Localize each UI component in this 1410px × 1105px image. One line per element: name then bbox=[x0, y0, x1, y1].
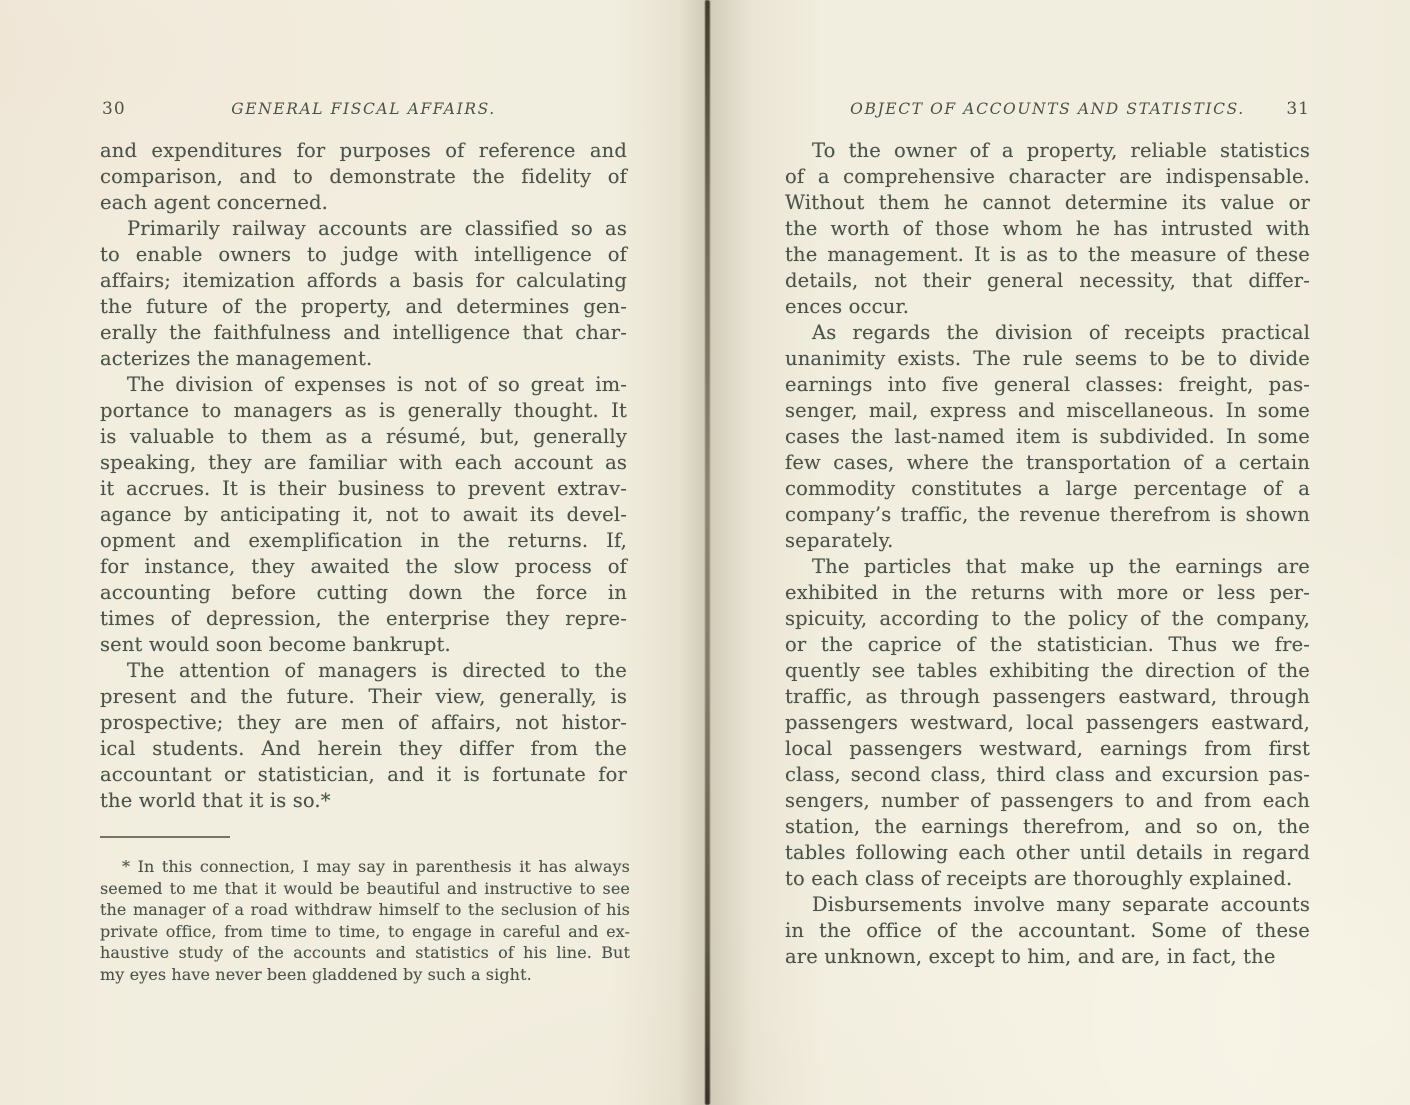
text-line: the future of the property, and determin… bbox=[100, 294, 627, 320]
text-line: accountant or statistician, and it is fo… bbox=[100, 762, 627, 788]
text-line: spicuity, according to the policy of the… bbox=[785, 606, 1310, 632]
text-line: The division of expenses is not of so gr… bbox=[100, 372, 627, 398]
text-line: acterizes the management. bbox=[100, 346, 627, 372]
text-line: sengers, number of passengers to and fro… bbox=[785, 788, 1310, 814]
text-line: To the owner of a property, reliable sta… bbox=[785, 138, 1310, 164]
text-line: Without them he cannot determine its val… bbox=[785, 190, 1310, 216]
left-page-number: 30 bbox=[102, 99, 126, 119]
text-line: The attention of managers is directed to… bbox=[100, 658, 627, 684]
text-line: private office, from time to time, to en… bbox=[100, 921, 630, 943]
text-line: the world that it is so.* bbox=[100, 788, 627, 814]
text-line: are unknown, except to him, and are, in … bbox=[785, 944, 1310, 970]
paragraph: To the owner of a property, reliable sta… bbox=[785, 138, 1310, 320]
text-line: it accrues. It is their business to prev… bbox=[100, 476, 627, 502]
text-line: ical students. And herein they differ fr… bbox=[100, 736, 627, 762]
text-line: and expenditures for purposes of referen… bbox=[100, 138, 627, 164]
text-line: passengers westward, local passengers ea… bbox=[785, 710, 1310, 736]
paragraph: Primarily railway accounts are classifie… bbox=[100, 216, 627, 372]
paragraph: The division of expenses is not of so gr… bbox=[100, 372, 627, 658]
right-page-number: 31 bbox=[1286, 99, 1310, 119]
text-line: of a comprehensive character are indispe… bbox=[785, 164, 1310, 190]
left-page-body: and expenditures for purposes of referen… bbox=[100, 138, 627, 814]
text-line: The particles that make up the earnings … bbox=[785, 554, 1310, 580]
text-line: local passengers westward, earnings from… bbox=[785, 736, 1310, 762]
left-running-head: GENERAL FISCAL AFFAIRS. bbox=[100, 100, 627, 118]
book-scan: { "colors": { "paper": "#f2eedf", "ink":… bbox=[0, 0, 1410, 1105]
text-line: the management. It is as to the measure … bbox=[785, 242, 1310, 268]
book-gutter bbox=[705, 0, 710, 1105]
paragraph: The attention of managers is directed to… bbox=[100, 658, 627, 814]
text-line: details, not their general necessity, th… bbox=[785, 268, 1310, 294]
text-line: station, the earnings therefrom, and so … bbox=[785, 814, 1310, 840]
text-line: sent would soon become bankrupt. bbox=[100, 632, 627, 658]
text-line: seemed to me that it would be beautiful … bbox=[100, 878, 630, 900]
text-line: quently see tables exhibiting the direct… bbox=[785, 658, 1310, 684]
text-line: in the office of the accountant. Some of… bbox=[785, 918, 1310, 944]
text-line: company’s traffic, the revenue therefrom… bbox=[785, 502, 1310, 528]
text-line: As regards the division of receipts prac… bbox=[785, 320, 1310, 346]
text-line: agance by anticipating it, not to await … bbox=[100, 502, 627, 528]
text-line: my eyes have never been gladdened by suc… bbox=[100, 964, 630, 986]
text-line: haustive study of the accounts and stati… bbox=[100, 942, 630, 964]
text-line: opment and exemplification in the return… bbox=[100, 528, 627, 554]
text-line: accounting before cutting down the force… bbox=[100, 580, 627, 606]
text-line: or the caprice of the statistician. Thus… bbox=[785, 632, 1310, 658]
text-line: prospective; they are men of affairs, no… bbox=[100, 710, 627, 736]
text-line: few cases, where the transportation of a… bbox=[785, 450, 1310, 476]
text-line: each agent concerned. bbox=[100, 190, 627, 216]
text-line: to enable owners to judge with intellige… bbox=[100, 242, 627, 268]
text-line: speaking, they are familiar with each ac… bbox=[100, 450, 627, 476]
left-page-header: 30 GENERAL FISCAL AFFAIRS. bbox=[100, 100, 627, 124]
paragraph: * In this connection, I may say in paren… bbox=[100, 856, 630, 986]
text-line: earnings into five general classes: frei… bbox=[785, 372, 1310, 398]
text-line: erally the faithfulness and intelligence… bbox=[100, 320, 627, 346]
text-line: cases the last-named item is subdivided.… bbox=[785, 424, 1310, 450]
text-line: times of depression, the enterprise they… bbox=[100, 606, 627, 632]
text-line: ences occur. bbox=[785, 294, 1310, 320]
text-line: Primarily railway accounts are classifie… bbox=[100, 216, 627, 242]
text-line: present and the future. Their view, gene… bbox=[100, 684, 627, 710]
text-line: exhibited in the returns with more or le… bbox=[785, 580, 1310, 606]
text-line: Disbursements involve many separate acco… bbox=[785, 892, 1310, 918]
text-line: affairs; itemization affords a basis for… bbox=[100, 268, 627, 294]
text-line: * In this connection, I may say in paren… bbox=[100, 856, 630, 878]
text-line: to each class of receipts are thoroughly… bbox=[785, 866, 1310, 892]
text-line: is valuable to them as a résumé, but, ge… bbox=[100, 424, 627, 450]
text-line: unanimity exists. The rule seems to be t… bbox=[785, 346, 1310, 372]
paragraph: and expenditures for purposes of referen… bbox=[100, 138, 627, 216]
paragraph: As regards the division of receipts prac… bbox=[785, 320, 1310, 554]
right-running-head: OBJECT OF ACCOUNTS AND STATISTICS. bbox=[785, 100, 1310, 118]
paragraph: The particles that make up the earnings … bbox=[785, 554, 1310, 892]
text-line: senger, mail, express and miscellaneous.… bbox=[785, 398, 1310, 424]
right-page-header: OBJECT OF ACCOUNTS AND STATISTICS. 31 bbox=[785, 100, 1310, 124]
text-line: portance to managers as is generally tho… bbox=[100, 398, 627, 424]
footnote-separator-rule bbox=[100, 836, 230, 838]
text-line: separately. bbox=[785, 528, 1310, 554]
right-page-body: To the owner of a property, reliable sta… bbox=[785, 138, 1310, 970]
text-line: the manager of a road withdraw himself t… bbox=[100, 899, 630, 921]
text-line: for instance, they awaited the slow proc… bbox=[100, 554, 627, 580]
text-line: the worth of those whom he has intrusted… bbox=[785, 216, 1310, 242]
left-page-footnote: * In this connection, I may say in paren… bbox=[100, 856, 630, 986]
text-line: traffic, as through passengers eastward,… bbox=[785, 684, 1310, 710]
paragraph: Disbursements involve many separate acco… bbox=[785, 892, 1310, 970]
text-line: tables following each other until detail… bbox=[785, 840, 1310, 866]
text-line: commodity constitutes a large percentage… bbox=[785, 476, 1310, 502]
text-line: class, second class, third class and exc… bbox=[785, 762, 1310, 788]
text-line: comparison, and to demonstrate the fidel… bbox=[100, 164, 627, 190]
